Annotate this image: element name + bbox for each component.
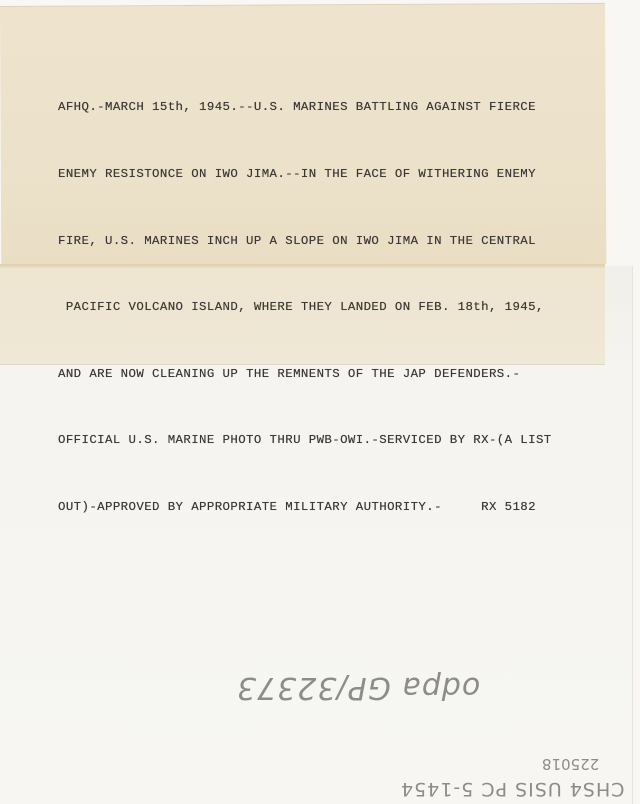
caption-line: ENEMY RESISTONCE ON IWO JIMA.--IN THE FA… [58, 163, 598, 185]
caption-line: AND ARE NOW CLEANING UP THE REMNENTS OF … [58, 363, 598, 385]
caption-line: AFHQ.-MARCH 15th, 1945.--U.S. MARINES BA… [58, 96, 598, 118]
caption-line: PACIFIC VOLCANO ISLAND, WHERE THEY LANDE… [58, 296, 598, 318]
caption-line: FIRE, U.S. MARINES INCH UP A SLOPE ON IW… [58, 230, 598, 252]
typewritten-caption: AFHQ.-MARCH 15th, 1945.--U.S. MARINES BA… [58, 52, 598, 540]
handwritten-number-note: 225018 [542, 755, 599, 773]
handwritten-code-note: CHS4 USIS PC 5-1454 [400, 778, 624, 800]
caption-line: OFFICIAL U.S. MARINE PHOTO THRU PWB-OWI.… [58, 429, 598, 451]
caption-line: OUT)-APPROVED BY APPROPRIATE MILITARY AU… [58, 496, 598, 518]
handwritten-reference-note: odpa GP/32373 [236, 670, 480, 705]
